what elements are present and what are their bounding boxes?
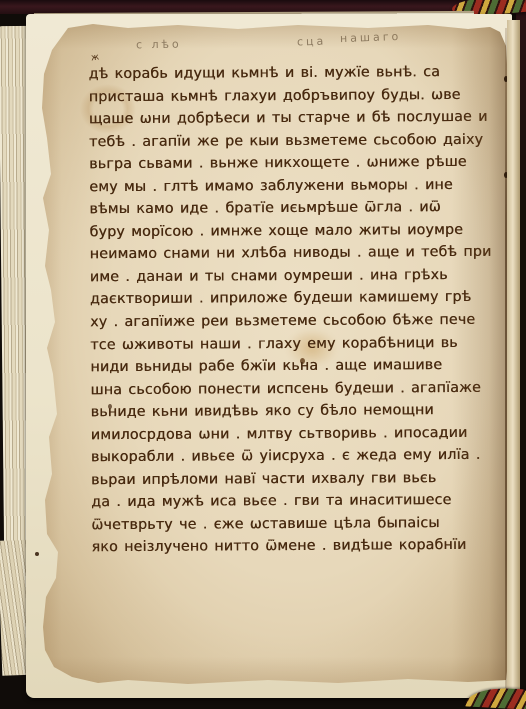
manuscript-line: имилосрдова ѡни . млтву сьтворивь . ипос… [91, 422, 489, 447]
manuscript-line: даєктвориши . иприложе будеши камишему г… [90, 286, 488, 311]
manuscript-line: яко неізлучено нитто ѿмене . видѣше кора… [91, 534, 489, 559]
manuscript-line: дѣ корабь идущи кьмнѣ и ві. мужїе вьнѣ. … [88, 61, 486, 86]
margin-note: с лѣо [136, 38, 182, 52]
manuscript-line: ху . агапїиже реи вьзметеме сьсобою бѣже… [90, 309, 488, 334]
manuscript-line: тебѣ . агапїи же ре кыи вьзметеме сьсобо… [89, 128, 487, 153]
facing-page-strip [507, 20, 520, 698]
margin-note: сца [297, 34, 327, 48]
manuscript-photo: с лѣо сца нашаго ж дѣ корабь идущи кьмнѣ… [0, 0, 526, 709]
interlinear-mark: ж [90, 52, 99, 63]
manuscript-line: щаше ѡни добрѣеси и ты старче и бѣ послу… [89, 106, 487, 131]
manuscript-line: шна сьсобою понести испсень будеши . ага… [90, 376, 488, 401]
manuscript-line: буру морїсою . имнже хоще мало житы иоум… [89, 219, 487, 244]
manuscript-line: присташа кьмнѣ глахуи добръвипоу буды. ѡ… [89, 83, 487, 108]
manuscript-line: вѣмы камо иде . братїе иєьмрѣше ѿгла . и… [89, 196, 487, 221]
manuscript-line: ѿчетврьту че . єже ѡставише цѣла быпаісы [91, 512, 489, 537]
manuscript-line: име . данаи и ты снами оумреши . ина грѣ… [90, 264, 488, 289]
manuscript-line: да . ида мужѣ иса вьєе . гви та инаситиш… [91, 489, 489, 514]
margin-note: нашаго [340, 30, 402, 45]
manuscript-line: вьраи ипрѣломи навї части ихвалу гви вьє… [91, 467, 489, 492]
manuscript-line: вьниде кьни ивидѣвь яко су бѣло немощни [91, 399, 489, 424]
manuscript-line: неимамо снами ни хлѣба ниводы . аще и те… [90, 241, 488, 266]
manuscript-page: с лѣо сца нашаго ж дѣ корабь идущи кьмнѣ… [38, 22, 508, 690]
manuscript-line: ему мы . глтѣ имамо заблужени вьморы . и… [89, 174, 487, 199]
manuscript-line: ниди вьниды рабе бжїи кьна . аще имашиве [90, 354, 488, 379]
manuscript-line: тсе ѡживоты наши . глаху ему корабѣници … [90, 331, 488, 356]
text-block: дѣ корабь идущи кьмнѣ и ві. мужїе вьнѣ. … [88, 61, 489, 559]
manuscript-line: вьгра сьвами . вьнже никхощете . ѡниже р… [89, 151, 487, 176]
manuscript-line: выкорабли . ивьєе ѿ уіисруха . є жеда ем… [91, 444, 489, 469]
